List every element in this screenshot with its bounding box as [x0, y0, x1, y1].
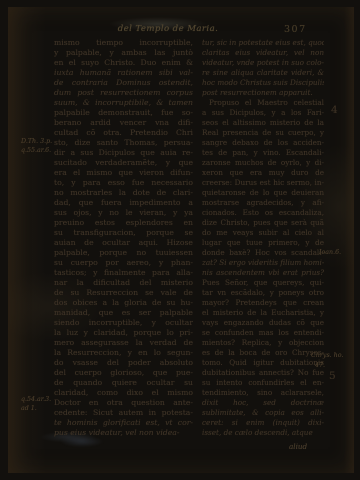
text-line: auian de ocultar aqui. Hizose	[54, 238, 193, 248]
text-line: Propuso el Maestro celestial	[202, 98, 324, 108]
text-line: sublimitate, & copia eos alli-	[202, 408, 324, 418]
text-line: es de la boca de oro Chrysos-	[202, 348, 324, 358]
margin-note: 47.	[315, 361, 325, 370]
text-line: claridad, como dixo el mismo	[54, 388, 193, 398]
margin-note: Ioan.6.	[319, 248, 341, 257]
text-line: y palpable, y ambas las juntò	[54, 48, 193, 58]
text-line: dubitationibus annectis? No fue	[202, 368, 324, 378]
text-line: nis ascendentem vbi erat prius?	[202, 268, 324, 278]
text-line: del cuerpo glorioso, que pue-	[54, 368, 193, 378]
text-line: palpable, porque no tuuiessen	[54, 248, 193, 258]
text-line: to, y para esso fue necessario	[54, 178, 193, 188]
text-line: el misterio de la Eucharistia, y	[202, 308, 324, 318]
text-line: vays engazando dudas cõ que	[202, 318, 324, 328]
text-line: cultad cõ otra. Pretendio Chri	[54, 128, 193, 138]
text-line: dos obices a la gloria de su hu-	[54, 298, 193, 308]
ink-smudge	[60, 436, 104, 447]
margin-note-line: q.54.ar.3.	[21, 395, 51, 404]
text-line: dir a sus Dicipulos que auia re-	[54, 148, 193, 158]
text-line: la luz y claridad, porque lo pri-	[54, 328, 193, 338]
paper: del Templo de Maria. 307 mismo tiempo in…	[8, 7, 354, 473]
text-line: dad, que fuera impedimento a	[54, 198, 193, 208]
text-line: creerse: Durus est hic sermo, in-	[202, 178, 324, 188]
text-line: la Resurreccion, y en lo segun-	[54, 348, 193, 358]
text-line: su cuerpo por aereo, y phan-	[54, 258, 193, 268]
scanned-book-page: del Templo de Maria. 307 mismo tiempo in…	[0, 0, 360, 480]
text-line: mismo tiempo incorruptible,	[54, 38, 193, 48]
text-line: tendimiento, sino aclararsele,	[202, 388, 324, 398]
text-line: seos el altissimo misterio de la	[202, 118, 324, 128]
text-line: siendo incorruptible, y ocultar	[54, 318, 193, 328]
text-line: re sine aliqua claritate videri, &	[202, 68, 324, 78]
text-line: te hominis glorificati est, vt cor-	[54, 418, 193, 428]
text-line: Pues Señor, que quereys, qui-	[202, 278, 324, 288]
text-line: manidad, que es ser palpable	[54, 308, 193, 318]
text-line: cedente: Sicut autem in potesta-	[54, 408, 193, 418]
text-line: nar la dificultad del misterio	[54, 278, 193, 288]
text-line: sucitado verdaderamẽte, y que	[54, 158, 193, 168]
catchword: aliud	[289, 442, 307, 451]
section-number: 4	[331, 106, 338, 115]
text-line: iuxta humanã rationem sibi val-	[54, 68, 193, 78]
text-line: su transfiguracion, porque se	[54, 228, 193, 238]
text-line: dixit hoc, sed doctrinæ	[202, 398, 324, 408]
page-number: 307	[284, 24, 307, 35]
margin-note-line: ad 1.	[21, 404, 51, 413]
running-title: del Templo de Maria.	[93, 24, 243, 34]
text-line: donde baxè? Hoc vos scandali-	[202, 248, 324, 258]
text-line: tomo. Quid igitur dubitationis	[202, 358, 324, 368]
text-line: Real presencia de su cuerpo, y	[202, 128, 324, 138]
text-line: isset, de cælo descendi, atque	[202, 428, 324, 438]
text-line: palpabile demonstrauit, fue so-	[54, 108, 193, 118]
text-line: zat? Si ergo videritis filium homi-	[202, 258, 324, 268]
text-line: do me veays subir al cielo al	[202, 228, 324, 238]
text-line: post resurrectionem apparuit.	[202, 88, 324, 98]
text-line: preuino estos esplendores en	[54, 218, 193, 228]
margin-note-line: q.55.ar.6.	[21, 146, 52, 155]
text-line: en el suyo Christo. Duo enim &	[54, 58, 193, 68]
text-line: berano ardid vencer vna difi-	[54, 118, 193, 128]
text-line: tasticos; y finalmente para alla-	[54, 268, 193, 278]
text-line: claritas eius videatur, vel non	[202, 48, 324, 58]
text-line: sus ojos, y no le vieran, y ya	[54, 208, 193, 218]
margin-note: q.54.ar.3.ad 1.	[21, 395, 51, 413]
edge-shadow	[344, 7, 354, 473]
text-line: mero assegurasse la verdad de	[54, 338, 193, 348]
text-line: xeron que era muy duro de	[202, 168, 324, 178]
text-line: su intento confundirles el en-	[202, 378, 324, 388]
text-line: dum post resurrectionem corpus	[54, 88, 193, 98]
text-line: dize Christo, pues que serà quã	[202, 218, 324, 228]
text-line: era el mismo que vieron difun-	[54, 168, 193, 178]
text-line: no mostrarles la dote de clari-	[54, 188, 193, 198]
text-line: de su Resurreccion se vale de	[54, 288, 193, 298]
margin-note: Chrys. ho.	[311, 351, 343, 360]
text-line: de quando quiere ocultar su	[54, 378, 193, 388]
text-line: sto, dize santo Thomas, persua-	[54, 138, 193, 148]
text-line: do vsasse del poder absoluto	[54, 358, 193, 368]
text-line: zaronse muchos de oyrlo, y di-	[202, 158, 324, 168]
text-line: ceret: si enim (inquit) dixi-	[202, 418, 324, 428]
text-line: hoc modo Christus suis Discipulis	[202, 78, 324, 88]
text-line: a sus Dicipulos, y a los Fari-	[202, 108, 324, 118]
text-line: lugar que tuue primero, y de	[202, 238, 324, 248]
text-line: videatur, vnde potest in suo colo-	[202, 58, 324, 68]
text-line: mostrarse agradecidos, y afi-	[202, 198, 324, 208]
text-line: cionados. Esto os escandaliza,	[202, 208, 324, 218]
text-line: tar vn escãdalo, y poneys otro	[202, 288, 324, 298]
text-line: mayor? Pretendeys que crean	[202, 298, 324, 308]
text-line: quietaronse de lo que deuieran	[202, 188, 324, 198]
text-line: suum, & incorruptibile, & tamen	[54, 98, 193, 108]
text-line: sangre debaxo de los acciden-	[202, 138, 324, 148]
text-line: de contraria Dominus ostendit,	[54, 78, 193, 88]
text-line: tes de pan, y vino. Escandali-	[202, 148, 324, 158]
section-number: 5	[329, 372, 336, 381]
right-text-column: tur, sic in potestate eius est, quodclar…	[202, 38, 324, 438]
text-line: tur, sic in potestate eius est, quod	[202, 38, 324, 48]
margin-note-line: D.Th. 3.p.	[21, 137, 52, 146]
margin-note: D.Th. 3.p.q.55.ar.6.	[21, 137, 52, 155]
text-line: Doctor en otra question ante-	[54, 398, 193, 408]
left-text-column: mismo tiempo incorruptible,y palpable, y…	[54, 38, 193, 438]
text-line: mientos? Replica, y objeccion	[202, 338, 324, 348]
text-line: se confunden mas los entendi-	[202, 328, 324, 338]
